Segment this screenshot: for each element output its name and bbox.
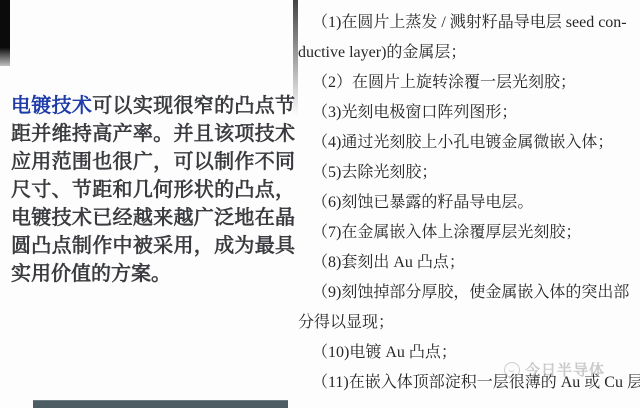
highlight-term: 电镀技术 [11,95,92,117]
process-step-line: （4)通过光刻胶上小孔电镀金属微嵌入体； [298,128,638,158]
process-step-line: （8)套刻出 Au 凸点； [298,248,638,278]
book-page: 电镀技术可以实现很窄的凸点节距并维持高产率。并且该项技术应用范围也很广，可以制作… [0,0,640,408]
scan-artifact-left-stripe [0,0,10,66]
process-step-line: 分得以显现； [298,308,638,338]
process-step-line: （9)刻蚀掉部分厚胶，使金属嵌入体的突出部 [298,278,638,308]
process-step-line: （5)去除光刻胶； [298,158,638,188]
process-step-line: （7)在金属嵌入体上涂覆厚层光刻胶； [298,218,638,248]
process-step-line: （1)在圆片上蒸发 / 溅射籽晶导电层 seed con- [298,8,638,38]
summary-paragraph: 电镀技术可以实现很窄的凸点节距并维持高产率。并且该项技术应用范围也很广，可以制作… [11,92,295,288]
bottom-accent-bar [33,400,288,408]
process-step-line: （3)光刻电极窗口阵列图形； [298,98,638,128]
process-step-line: （2）在圆片上旋转涂覆一层光刻胶； [298,68,638,98]
summary-text: 可以实现很窄的凸点节距并维持高产率。并且该项技术应用范围也很广，可以制作不同尺寸… [11,95,295,285]
process-step-line: ductive layer)的金属层； [298,38,638,68]
process-steps-list: （1)在圆片上蒸发 / 溅射籽晶导电层 seed con-ductive lay… [298,8,638,398]
process-step-line: （11)在嵌入体顶部淀积一层很薄的 Au 或 Cu 层。 [298,368,638,398]
process-step-line: （6)刻蚀已暴露的籽晶导电层。 [298,188,638,218]
process-step-line: （10)电镀 Au 凸点； [298,338,638,368]
